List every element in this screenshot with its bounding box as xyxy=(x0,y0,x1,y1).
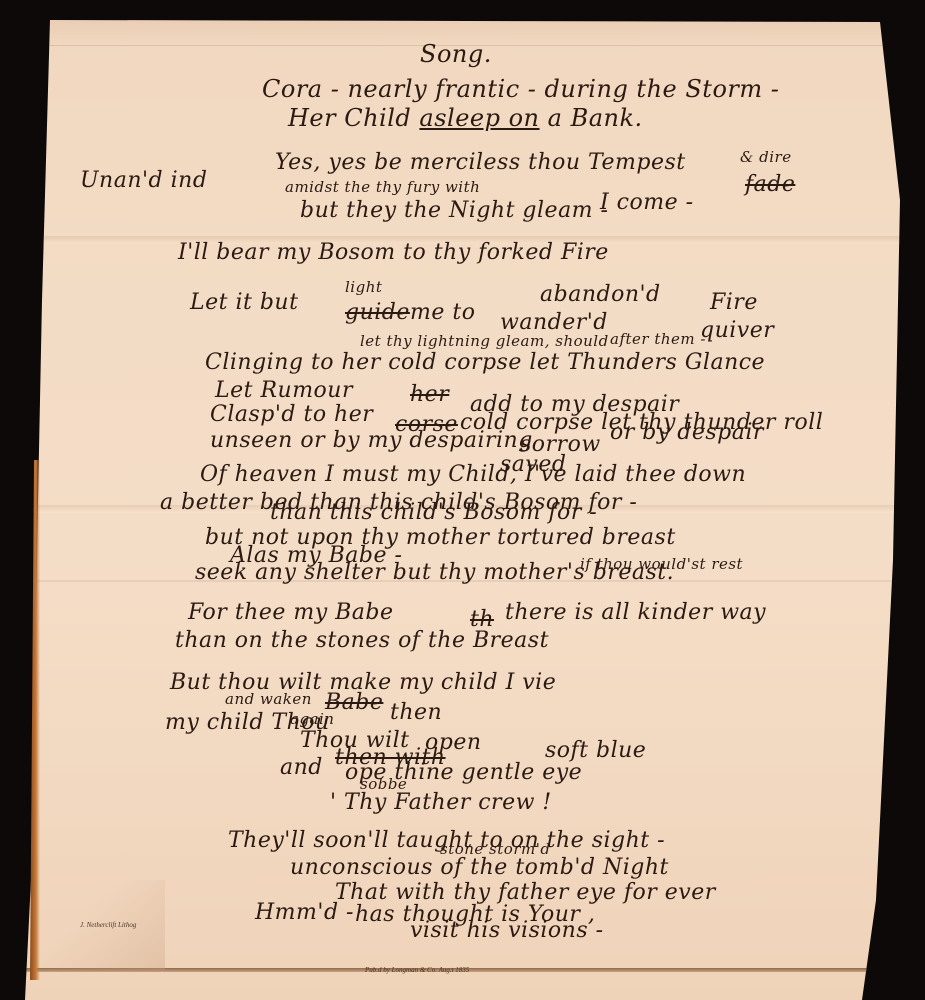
manuscript-line: but they the Night gleam - xyxy=(300,198,608,223)
manuscript-line: Clinging to her cold corpse let Thunders… xyxy=(205,350,765,375)
manuscript-line: abandon'd xyxy=(540,282,661,307)
manuscript-line: Hmm'd - xyxy=(255,900,354,925)
manuscript-line: unconscious of the tomb'd Night xyxy=(290,855,669,880)
manuscript-line: Unan'd ind xyxy=(80,168,207,193)
manuscript-line: me to xyxy=(410,300,475,325)
subtitle-part-1: Her Child xyxy=(288,104,419,132)
interlinear-correction: light xyxy=(345,278,382,296)
manuscript-sheet: Song. Cora - nearly frantic - during the… xyxy=(0,0,925,1000)
photo-stage: Song. Cora - nearly frantic - during the… xyxy=(0,0,925,1000)
struck-word: fade xyxy=(745,172,795,197)
subtitle-underlined: asleep on xyxy=(419,104,539,132)
interlinear-correction: after them - xyxy=(610,330,706,348)
manuscript-line: Let it but xyxy=(190,290,298,315)
manuscript-line: there is all kinder way xyxy=(505,600,766,625)
manuscript-line: Clasp'd to her xyxy=(210,402,373,427)
publisher-credit: Pub.d by Longman & Co. Aug.t 1835 xyxy=(365,966,469,974)
manuscript-line: than this child's Bosom for - xyxy=(270,500,597,525)
manuscript-line: Let Rumour xyxy=(215,378,353,403)
interlinear-correction: and waken xyxy=(225,690,312,708)
manuscript-line: Of heaven I must my Child, I've laid the… xyxy=(200,462,746,487)
manuscript-line: visit his visions - xyxy=(410,918,604,943)
song-subtitle-line2: Her Child asleep on a Bank. xyxy=(288,104,643,132)
struck-word: guide xyxy=(345,300,410,325)
song-subtitle-line1: Cora - nearly frantic - during the Storm… xyxy=(262,75,779,103)
song-title: Song. xyxy=(420,40,492,68)
manuscript-line: than on the stones of the Breast xyxy=(175,628,549,653)
manuscript-line: and xyxy=(280,755,323,780)
lithographer-credit: J. Netherclift Lithog xyxy=(80,921,136,929)
manuscript-line: seek any shelter but thy mother's breast… xyxy=(195,560,674,585)
manuscript-line: I'll bear my Bosom to thy forked Fire xyxy=(178,240,609,265)
subtitle-part-3: a Bank. xyxy=(540,104,643,132)
manuscript-line: then xyxy=(390,700,442,725)
interlinear-correction: let thy lightning gleam, should xyxy=(360,332,609,350)
manuscript-line: quiver xyxy=(700,318,774,343)
struck-word: her xyxy=(410,382,449,407)
manuscript-line: Fire xyxy=(710,290,758,315)
manuscript-line: or by despair xyxy=(610,420,764,445)
interlinear-correction: amidst the thy fury with xyxy=(285,178,480,196)
interlinear-correction: & dire xyxy=(740,148,792,166)
manuscript-line: unseen or by my despairing xyxy=(210,428,533,453)
manuscript-line: Yes, yes be merciless thou Tempest xyxy=(275,150,686,175)
manuscript-line: For thee my Babe xyxy=(188,600,394,625)
manuscript-line: ' Thy Father crew ! xyxy=(330,790,552,815)
manuscript-line: I come - xyxy=(600,190,694,215)
